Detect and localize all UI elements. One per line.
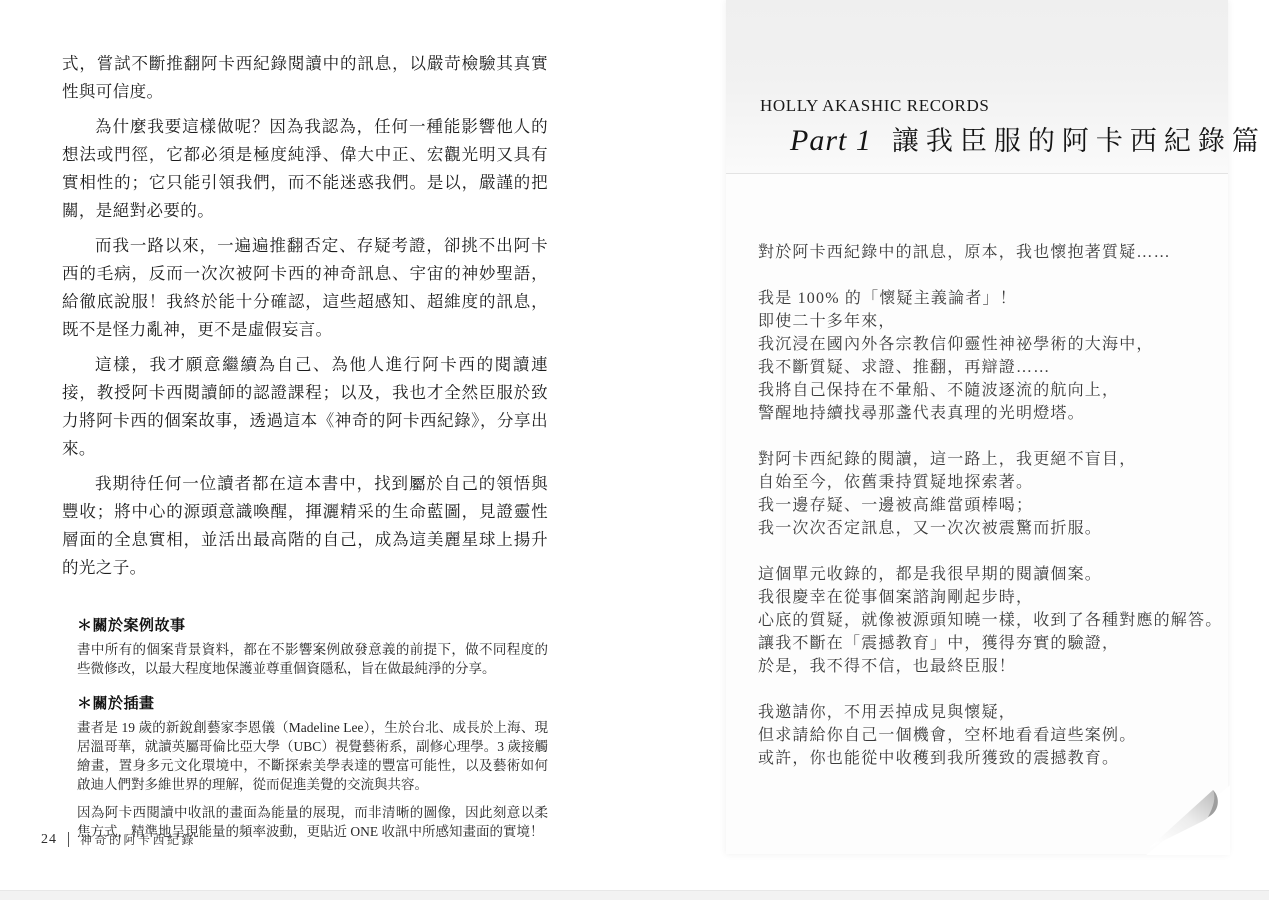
poem-text: 對於阿卡西紀錄中的訊息，原本，我也懷抱著質疑……我是 100% 的「懷疑主義論者… — [758, 241, 1208, 793]
bottom-strip — [0, 890, 1269, 900]
stanza: 對阿卡西紀錄的閱讀，這一路上，我更絕不盲目，自始至今，依舊秉持質疑地探索著。我一… — [758, 448, 1208, 540]
poem-line: 於是，我不得不信，也最終臣服！ — [758, 655, 1208, 678]
stanza: 我是 100% 的「懷疑主義論者」！即使二十多年來，我沉浸在國內外各宗教信仰靈性… — [758, 287, 1208, 425]
page-curl-icon — [1146, 785, 1230, 855]
poem-line: 對阿卡西紀錄的閱讀，這一路上，我更絕不盲目， — [758, 448, 1208, 471]
poem-line: 我將自己保持在不暈船、不隨波逐流的航向上， — [758, 379, 1208, 402]
poem-line: 我一次次否定訊息，又一次次被震驚而折服。 — [758, 517, 1208, 540]
poem-line: 但求請給你自己一個機會，空杯地看看這些案例。 — [758, 724, 1208, 747]
poem-line: 我一邊存疑、一邊被高維當頭棒喝； — [758, 494, 1208, 517]
poem-line: 警醒地持續找尋那盞代表真理的光明燈塔。 — [758, 402, 1208, 425]
poem-line: 即使二十多年來， — [758, 310, 1208, 333]
paragraph: 而我一路以來，一遍遍推翻否定、存疑考證，卻挑不出阿卡西的毛病，反而一次次被阿卡西… — [62, 232, 548, 344]
page-curl[interactable] — [1146, 785, 1230, 855]
paragraph: 這樣，我才願意繼續為自己、為他人進行阿卡西的閱讀連接，教授阿卡西閱讀師的認證課程… — [62, 351, 548, 463]
left-page-paragraphs: 式，嘗試不斷推翻阿卡西紀錄閱讀中的訊息，以嚴苛檢驗其真實性與可信度。為什麼我要這… — [62, 50, 548, 582]
stanza: 這個單元收錄的，都是我很早期的閱讀個案。我很慶幸在從事個案諮詢剛起步時，心底的質… — [758, 563, 1208, 678]
paragraph: 為什麼我要這樣做呢？因為我認為，任何一種能影響他人的想法或門徑，它都必須是極度純… — [62, 113, 548, 225]
note-heading-illustrations: ＊關於插畫 — [77, 692, 548, 713]
left-page-notes: ＊關於案例故事 書中所有的個案背景資料，都在不影響案例啟發意義的前提下，做不同程… — [77, 614, 548, 841]
series-title: HOLLY AKASHIC RECORDS — [760, 96, 989, 116]
page-number: 24 — [41, 832, 57, 848]
note-body-illustrator: 畫者是 19 歲的新銳創藝家李恩儀（Madeline Lee），生於台北、成長於… — [77, 718, 548, 794]
book-title: 神奇的阿卡西紀錄 — [80, 831, 196, 848]
poem-line: 我不斷質疑、求證、推翻，再辯證…… — [758, 356, 1208, 379]
part-label: Part 1 — [790, 124, 872, 157]
poem-line: 對於阿卡西紀錄中的訊息，原本，我也懷抱著質疑…… — [758, 241, 1208, 264]
left-page: 式，嘗試不斷推翻阿卡西紀錄閱讀中的訊息，以嚴苛檢驗其真實性與可信度。為什麼我要這… — [62, 50, 548, 850]
footer-divider — [68, 832, 69, 847]
note-body-case-stories: 書中所有的個案背景資料，都在不影響案例啟發意義的前提下，做不同程度的些微修改，以… — [77, 640, 548, 678]
paragraph: 式，嘗試不斷推翻阿卡西紀錄閱讀中的訊息，以嚴苛檢驗其真實性與可信度。 — [62, 50, 548, 106]
part-title: 讓我臣服的阿卡西紀錄篇 — [892, 126, 1266, 156]
part-header: HOLLY AKASHIC RECORDS Part 1讓我臣服的阿卡西紀錄篇 — [726, 0, 1228, 174]
poem-line: 自始至今，依舊秉持質疑地探索著。 — [758, 471, 1208, 494]
page-footer: 24 神奇的阿卡西紀錄 — [41, 831, 196, 848]
poem-line: 心底的質疑，就像被源頭知曉一樣，收到了各種對應的解答。 — [758, 609, 1208, 632]
poem-line: 我很慶幸在從事個案諮詢剛起步時， — [758, 586, 1208, 609]
poem-line: 我沉浸在國內外各宗教信仰靈性神祕學術的大海中， — [758, 333, 1208, 356]
part-title-line: Part 1讓我臣服的阿卡西紀錄篇 — [790, 119, 1266, 158]
stanza: 對於阿卡西紀錄中的訊息，原本，我也懷抱著質疑…… — [758, 241, 1208, 264]
poem-line: 我是 100% 的「懷疑主義論者」！ — [758, 287, 1208, 310]
poem-line: 讓我不斷在「震撼教育」中，獲得夯實的驗證， — [758, 632, 1208, 655]
note-heading-case-stories: ＊關於案例故事 — [77, 614, 548, 635]
poem-line: 這個單元收錄的，都是我很早期的閱讀個案。 — [758, 563, 1208, 586]
poem-line: 或許，你也能從中收穫到我所獲致的震撼教育。 — [758, 747, 1208, 770]
poem-line: 我邀請你，不用丟掉成見與懷疑， — [758, 701, 1208, 724]
stanza: 我邀請你，不用丟掉成見與懷疑，但求請給你自己一個機會，空杯地看看這些案例。或許，… — [758, 701, 1208, 770]
paragraph: 我期待任何一位讀者都在這本書中，找到屬於自己的領悟與豐收；將中心的源頭意識喚醒，… — [62, 470, 548, 582]
right-page: HOLLY AKASHIC RECORDS Part 1讓我臣服的阿卡西紀錄篇 … — [726, 0, 1228, 854]
